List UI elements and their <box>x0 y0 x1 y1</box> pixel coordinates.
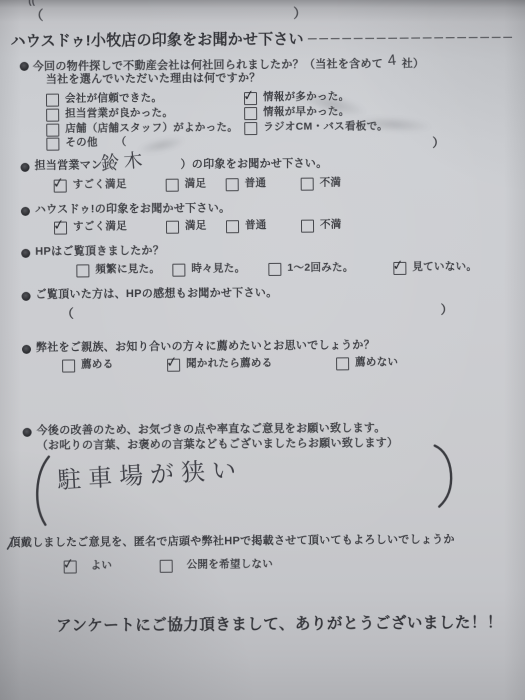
checkbox-label: 時々見た。 <box>191 262 245 275</box>
checkbox <box>244 92 257 105</box>
section-bullet <box>20 62 29 71</box>
checkbox-label: 聞かれたら薦める <box>186 357 273 371</box>
question-recommend: 弊社をご親族、お知り合いの方々に薦めたいとお思いでしょうか？ <box>36 339 375 355</box>
question-text-post: 社） <box>402 58 425 70</box>
handwritten-company-count: 4 <box>387 54 397 68</box>
question-reason: 当社を選んでいただいた理由は何ですか？ <box>46 72 261 87</box>
checkbox <box>268 262 281 275</box>
question-housedo: ハウスドゥ!の印象をお聞かせ下さい。 <box>35 202 231 217</box>
checkbox-option-recommend: 薦める <box>62 358 114 372</box>
hp-impression-close-paren: ） <box>441 301 453 318</box>
checkbox-label: よい <box>91 559 113 572</box>
checkbox-option-housedo-unsatisfied: 不満 <box>301 218 342 232</box>
checkbox <box>46 108 59 121</box>
checkbox <box>301 219 314 232</box>
checkbox-option-sales-good: 担当営業が良かった。 <box>46 107 173 121</box>
checkbox-option-recommend-if-asked: 聞かれたら薦める <box>167 357 273 371</box>
checkbox <box>226 220 239 233</box>
checkbox-label: 担当営業が良かった。 <box>65 107 173 121</box>
question-hp: HPはご覧頂きましたか？ <box>35 245 164 259</box>
checkbox-label: 満足 <box>185 219 207 232</box>
section-bullet <box>23 428 32 437</box>
survey-photo: (( （ ） ハウスドゥ!小牧店の印象をお聞かせ下さい －－－－－－－－－－－－… <box>0 0 525 700</box>
checkbox <box>160 559 173 572</box>
smudge-mark <box>136 134 188 157</box>
checkbox-option-publish-ok: よい <box>64 559 113 573</box>
checkbox-label: すごく満足 <box>73 178 127 191</box>
question-hp-impression: ご覧頂いた方は、HPの感想もお聞かせ下さい。 <box>36 287 278 302</box>
checkbox-option-agent-satisfied: 満足 <box>166 177 207 191</box>
checkbox <box>166 178 179 191</box>
question-publish: 頂戴しましたご意見を、匿名で店頭や弊社HPで掲載させて頂いてもよろしいでしょうか <box>9 533 454 549</box>
checkbox-label: 薦めない <box>355 356 398 369</box>
checkbox-option-hp-never: 見ていない。 <box>393 260 477 274</box>
checkbox <box>54 221 67 234</box>
checkbox-option-housedo-satisfied: 満足 <box>166 219 207 233</box>
checkbox <box>46 93 59 106</box>
handdrawn-close-paren <box>432 441 459 509</box>
checkbox-option-company-trust: 会社が信頼できた。 <box>46 92 162 106</box>
checkbox-option-agent-very-satisfied: すごく満足 <box>54 178 127 192</box>
checkbox-label: その他 <box>65 136 98 149</box>
checkbox-label: 頻繁に見た。 <box>95 263 160 277</box>
checkbox-option-publish-no: 公開を希望しない <box>160 558 274 572</box>
checkbox <box>76 264 89 277</box>
checkbox <box>336 357 349 370</box>
top-open-paren: （ <box>30 5 43 24</box>
section-bullet <box>21 163 30 172</box>
checkbox <box>54 179 67 192</box>
checkbox-label: 1～2回みた。 <box>287 261 353 275</box>
section-bullet <box>22 292 31 301</box>
heading-dash-line: －－－－－－－－－－－－－－－－－－ <box>307 29 514 47</box>
checkbox <box>46 137 59 150</box>
thank-you-message: アンケートにご協力頂きまして、ありがとうございました！！ <box>56 610 503 636</box>
checkbox-label: 満足 <box>185 177 207 190</box>
checkbox-option-agent-normal: 普通 <box>226 177 267 191</box>
question-agent-post: ）の印象をお聞かせ下さい。 <box>180 157 327 171</box>
section-bullet <box>21 207 30 216</box>
question-feedback-line1: 今後の改善のため、お気づきの点や率直なご意見をお願い致します。 <box>37 422 386 438</box>
handwritten-comment: 駐車場が狭い <box>56 449 244 495</box>
checkbox <box>244 122 257 135</box>
question-text-pre: 今回の物件探しで不動産会社は何社回られましたか？（当社を含めて <box>33 58 383 73</box>
checkbox-option-housedo-normal: 普通 <box>226 219 267 233</box>
checkbox-label: 不満 <box>320 218 342 231</box>
hp-impression-open-paren: （ <box>62 304 74 321</box>
checkbox-label: 普通 <box>245 177 267 190</box>
checkbox-label: 普通 <box>245 219 267 232</box>
question-company-count: 今回の物件探しで不動産会社は何社回られましたか？（当社を含めて4社） <box>33 56 425 74</box>
section-bullet <box>21 249 30 258</box>
checkbox-option-hp-often: 頻繁に見た。 <box>76 263 160 277</box>
checkbox-label: 不満 <box>320 176 342 189</box>
checkbox <box>46 123 59 136</box>
checkbox <box>62 359 75 372</box>
other-close-paren: ） <box>432 134 444 151</box>
checkbox-label: 見ていない。 <box>412 260 477 274</box>
section-bullet <box>22 345 31 354</box>
checkbox-label: すごく満足 <box>73 220 127 233</box>
checkbox <box>301 177 314 190</box>
top-close-paren: ） <box>293 3 306 22</box>
checkbox <box>64 560 77 573</box>
checkbox <box>167 358 180 371</box>
section-heading: ハウスドゥ!小牧店の印象をお聞かせ下さい －－－－－－－－－－－－－－－－－－ <box>10 26 513 51</box>
checkbox-option-housedo-very-satisfied: すごく満足 <box>54 220 127 234</box>
checkbox-label: 会社が信頼できた。 <box>65 92 162 106</box>
checkbox <box>226 178 239 191</box>
checkbox-label: 薦める <box>81 358 114 371</box>
survey-page: (( （ ） ハウスドゥ!小牧店の印象をお聞かせ下さい －－－－－－－－－－－－… <box>0 0 525 700</box>
heading-title: ハウスドゥ!小牧店の印象をお聞かせ下さい <box>10 28 303 51</box>
checkbox <box>166 220 179 233</box>
checkbox-option-agent-unsatisfied: 不満 <box>301 176 342 190</box>
checkbox <box>172 263 185 276</box>
checkbox-option-hp-sometimes: 時々見た。 <box>172 262 245 276</box>
checkbox-option-not-recommend: 薦めない <box>336 356 398 370</box>
checkbox <box>393 261 406 274</box>
checkbox <box>244 107 257 120</box>
checkbox-label: 店舗（店舗スタッフ）がよかった。 <box>65 121 238 135</box>
handdrawn-open-paren <box>28 454 55 528</box>
checkbox-option-hp-once-twice: 1～2回みた。 <box>268 261 353 275</box>
checkbox-option-store-good: 店舗（店舗スタッフ）がよかった。 <box>46 121 238 136</box>
checkbox-label: 公開を希望しない <box>187 558 274 572</box>
